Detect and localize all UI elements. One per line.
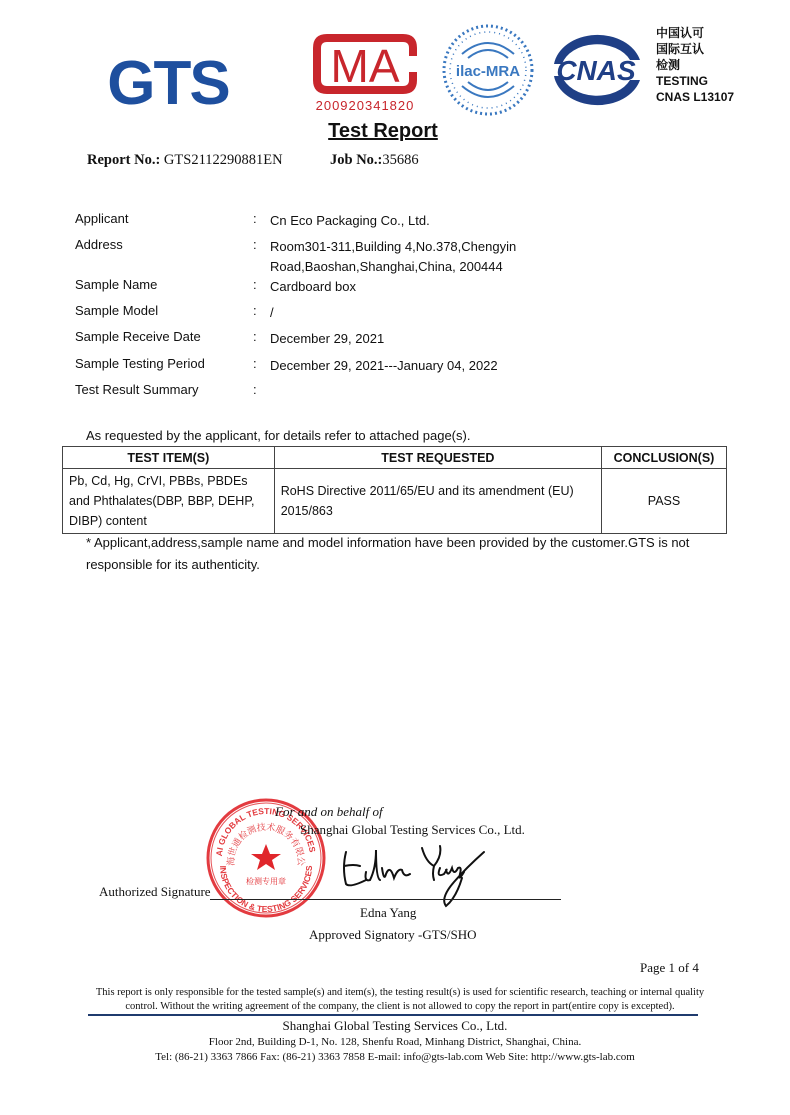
- test-item-cell: Pb, Cd, Hg, CrVI, PBBs, PBDEs and Phthal…: [63, 469, 275, 534]
- info-value: Cn Eco Packaging Co., Ltd.: [270, 211, 710, 231]
- signer-name: Edna Yang: [360, 905, 416, 921]
- cma-letters: MA: [331, 40, 400, 92]
- cnas-logo: CNAS: [544, 30, 648, 110]
- info-label: Sample Name: [75, 277, 157, 292]
- requested-note: As requested by the applicant, for detai…: [86, 428, 470, 443]
- info-value: Room301-311,Building 4,No.378,Chengyin R…: [270, 237, 700, 277]
- info-row-sample-model: Sample Model : /: [0, 303, 790, 323]
- info-row-sample-name: Sample Name : Cardboard box: [0, 277, 790, 297]
- results-table: TEST ITEM(S) TEST REQUESTED CONCLUSION(S…: [62, 446, 727, 534]
- gts-logo-text: GTS: [107, 52, 228, 110]
- cnas-text: CNAS: [556, 55, 636, 86]
- info-colon: :: [253, 303, 257, 318]
- disclaimer: * Applicant,address,sample name and mode…: [86, 532, 706, 576]
- cnas-accreditation-text: 中国认可 国际互认 检测 TESTING CNAS L13107: [656, 25, 734, 105]
- ilac-text: ilac-MRA: [456, 63, 520, 80]
- report-number: Report No.: GTS2112290881EN: [87, 152, 283, 169]
- authorized-signature-label: Authorized Signature: [99, 884, 211, 900]
- gts-logo: GTS: [98, 52, 238, 110]
- info-value: Cardboard box: [270, 277, 710, 297]
- column-header: CONCLUSION(S): [602, 447, 727, 469]
- signatory-title: Approved Signatory -GTS/SHO: [309, 927, 477, 943]
- info-label: Address: [75, 237, 123, 252]
- cnas-line: 国际互认: [656, 41, 734, 57]
- footer-divider: [88, 1014, 698, 1016]
- footer-company: Shanghai Global Testing Services Co., Lt…: [0, 1018, 790, 1034]
- ilac-mra-logo: ilac-MRA: [440, 24, 536, 116]
- cnas-line: 中国认可: [656, 25, 734, 41]
- info-label: Sample Model: [75, 303, 158, 318]
- info-value: December 29, 2021: [270, 329, 710, 349]
- info-value: /: [270, 303, 710, 323]
- info-label: Sample Testing Period: [75, 356, 205, 371]
- job-number-label: Job No.:: [330, 152, 382, 168]
- report-number-label: Report No.:: [87, 152, 160, 168]
- cma-number: 200920341820: [316, 98, 415, 113]
- info-colon: :: [253, 356, 257, 371]
- info-row-result-summary: Test Result Summary :: [0, 382, 790, 402]
- info-label: Applicant: [75, 211, 128, 226]
- column-header: TEST ITEM(S): [63, 447, 275, 469]
- table-row: Pb, Cd, Hg, CrVI, PBBs, PBDEs and Phthal…: [63, 469, 727, 534]
- info-row-applicant: Applicant : Cn Eco Packaging Co., Ltd.: [0, 211, 790, 231]
- stamp-text-center: 检测专用章: [246, 876, 286, 886]
- cnas-line: 检测: [656, 57, 734, 73]
- info-row-receive-date: Sample Receive Date : December 29, 2021: [0, 329, 790, 349]
- cnas-line: CNAS L13107: [656, 89, 734, 105]
- info-colon: :: [253, 237, 257, 252]
- job-number: Job No.:35686: [330, 152, 419, 169]
- info-value: December 29, 2021---January 04, 2022: [270, 356, 710, 376]
- cma-logo: MA 200920341820: [305, 28, 425, 114]
- info-row-testing-period: Sample Testing Period : December 29, 202…: [0, 356, 790, 376]
- signing-company: Shanghai Global Testing Services Co., Lt…: [300, 822, 525, 838]
- footer-note: This report is only responsible for the …: [80, 986, 720, 1014]
- conclusion-cell: PASS: [602, 469, 727, 534]
- report-number-value: GTS2112290881EN: [160, 152, 282, 168]
- page-number: Page 1 of 4: [640, 960, 699, 976]
- signature-line: [210, 899, 561, 900]
- info-colon: :: [253, 382, 257, 397]
- table-header-row: TEST ITEM(S) TEST REQUESTED CONCLUSION(S…: [63, 447, 727, 469]
- info-colon: :: [253, 277, 257, 292]
- info-colon: :: [253, 211, 257, 226]
- info-row-address: Address : Room301-311,Building 4,No.378,…: [0, 237, 790, 277]
- info-colon: :: [253, 329, 257, 344]
- footer-contact: Tel: (86-21) 3363 7866 Fax: (86-21) 3363…: [0, 1051, 790, 1063]
- page-title: Test Report: [0, 120, 766, 143]
- test-requested-cell: RoHS Directive 2011/65/EU and its amendm…: [274, 469, 601, 534]
- for-behalf-text: For and on behalf of: [275, 804, 383, 820]
- info-label: Sample Receive Date: [75, 329, 201, 344]
- cnas-line: TESTING: [656, 73, 734, 89]
- handwritten-signature: [336, 838, 486, 908]
- footer-address: Floor 2nd, Building D-1, No. 128, Shenfu…: [0, 1036, 790, 1048]
- job-number-value: 35686: [382, 152, 418, 168]
- column-header: TEST REQUESTED: [274, 447, 601, 469]
- info-label: Test Result Summary: [75, 382, 199, 397]
